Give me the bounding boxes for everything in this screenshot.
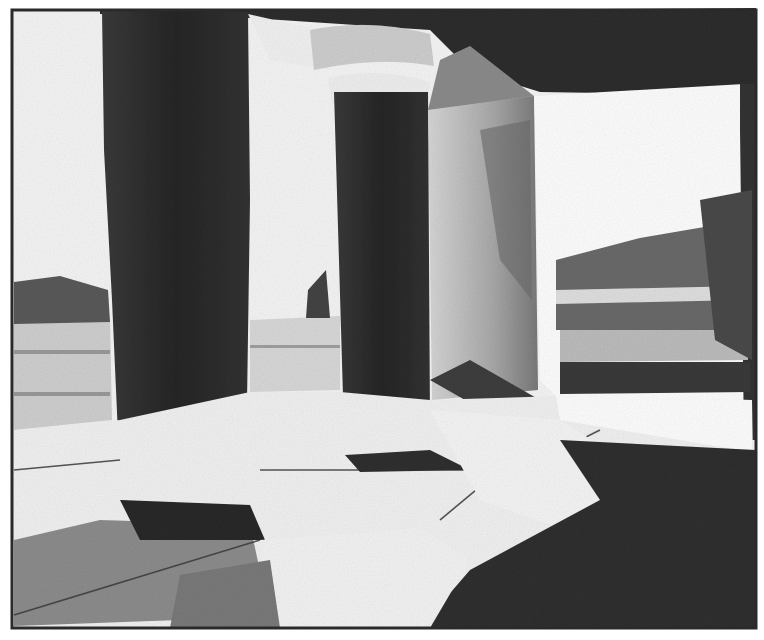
photo-content [12, 8, 756, 628]
photo-canvas [0, 0, 764, 640]
photograph [0, 0, 764, 640]
left-balustrade [14, 318, 112, 430]
